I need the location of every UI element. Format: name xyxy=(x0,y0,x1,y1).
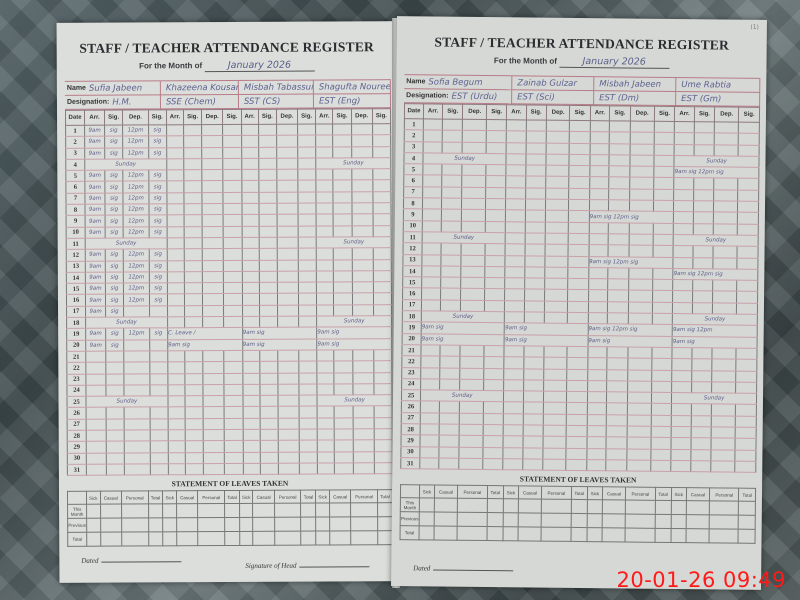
date-header: Date xyxy=(65,110,84,125)
column-header: Dep. xyxy=(630,106,654,121)
column-header: Dep. xyxy=(351,109,372,124)
date-cell: 19 xyxy=(402,322,421,333)
attendance-entry: 9am sig xyxy=(505,323,588,335)
sunday-mark: Sunday xyxy=(673,314,758,326)
attendance-entry: sig xyxy=(148,136,166,147)
staff-name: Khazeena Kousar xyxy=(166,82,239,92)
date-cell: 12 xyxy=(66,250,85,261)
sunday-mark: Sunday xyxy=(421,311,504,323)
staff-designation-cell: EST (Sci) xyxy=(512,90,594,105)
attendance-table: DateArr.Sig.Dep.Sig.Arr.Sig.Dep.Sig.Arr.… xyxy=(65,108,393,476)
leave-statement-title: STATEMENT OF LEAVES TAKEN xyxy=(67,478,393,489)
sunday-mark: Sunday xyxy=(420,390,503,402)
attendance-entry: 12pm xyxy=(124,328,150,339)
attendance-entry: 9am sig xyxy=(242,327,317,339)
date-cell: 21 xyxy=(67,351,86,362)
column-header: Dep. xyxy=(202,110,223,125)
column-header-row: DateArr.Sig.Dep.Sig.Arr.Sig.Dep.Sig.Arr.… xyxy=(65,109,390,126)
column-header: Sig. xyxy=(105,110,123,125)
leave-column-header: Personal xyxy=(198,491,225,504)
attendance-entry: sig xyxy=(149,249,167,260)
attendance-entry: 12pm xyxy=(123,125,149,136)
attendance-entry: 9am sig 12pm sig xyxy=(673,268,758,280)
attendance-entry: 9am sig xyxy=(168,339,243,351)
column-header: Dep. xyxy=(546,105,570,120)
leave-row-label: This Month xyxy=(68,504,87,518)
date-cell: 10 xyxy=(66,227,85,238)
leave-column-header: Total xyxy=(655,488,672,501)
attendance-entry: sig xyxy=(149,193,167,204)
attendance-entry: sig xyxy=(149,328,167,339)
staff-header: NameSufia JabeenKhazeena KousarMisbah Ta… xyxy=(65,79,391,110)
table-row: 31 xyxy=(401,458,756,473)
leave-row-label: Total xyxy=(400,526,419,540)
date-cell: 22 xyxy=(67,362,86,373)
register-page-left: STAFF / TEACHER ATTENDANCE REGISTER For … xyxy=(57,21,400,583)
sunday-mark: Sunday xyxy=(316,237,391,249)
staff-name-cell: Khazeena Kousar xyxy=(161,81,239,95)
leave-column-header: Total xyxy=(739,488,756,501)
sunday-mark: Sunday xyxy=(422,232,505,244)
leave-row-label: Total xyxy=(68,532,87,546)
staff-header: NameSofia BegumZainab GulzarMisbah Jabee… xyxy=(404,74,760,107)
attendance-entry: 9am xyxy=(85,216,105,227)
leave-column-header: Sick xyxy=(419,485,434,498)
column-header: Sig. xyxy=(694,107,715,122)
sunday-mark: Sunday xyxy=(673,234,758,246)
staff-name: Zainab Gulzar xyxy=(517,78,577,89)
column-header: Arr. xyxy=(423,104,442,119)
date-cell: 25 xyxy=(401,390,420,401)
attendance-entry: C. Leave / xyxy=(167,328,242,340)
staff-designation: SST (CS) xyxy=(244,96,281,106)
attendance-entry: 9am xyxy=(85,227,105,238)
date-cell: 26 xyxy=(401,401,420,412)
date-cell: 2 xyxy=(66,137,85,148)
date-cell: 1 xyxy=(404,119,423,130)
staff-name-cell: NameSofia Begum xyxy=(404,75,512,90)
attendance-entry: 9am xyxy=(85,204,105,215)
attendance-entry: 9am sig 12pm sig xyxy=(674,167,759,179)
staff-designation-cell: EST (Dm) xyxy=(594,91,676,106)
date-cell: 27 xyxy=(401,412,420,423)
staff-name: Misbah Tabassum xyxy=(244,82,314,92)
leave-column-header: Personal xyxy=(458,485,487,498)
attendance-entry: 9am xyxy=(85,148,105,159)
staff-designation-cell: Designation:EST (Urdu) xyxy=(404,89,512,104)
column-header: Sig. xyxy=(443,104,463,119)
month-row: For the Month of January 2026 xyxy=(396,54,766,70)
attendance-entry: 9am sig 12pm sig xyxy=(589,211,674,223)
column-header: Sig. xyxy=(184,110,202,125)
column-header: Sig. xyxy=(258,109,276,124)
leave-column-header: Sick xyxy=(86,491,100,504)
sunday-mark: Sunday xyxy=(674,155,759,167)
date-cell: 8 xyxy=(66,204,85,215)
column-header: Sig. xyxy=(372,109,390,124)
date-cell: 5 xyxy=(66,170,85,181)
attendance-entry xyxy=(124,340,150,351)
attendance-entry: sig xyxy=(148,147,166,158)
column-header: Sig. xyxy=(148,110,166,125)
date-cell: 31 xyxy=(401,458,420,469)
attendance-entry: 9am xyxy=(86,340,106,351)
date-cell: 24 xyxy=(67,385,86,396)
sunday-mark: Sunday xyxy=(85,159,167,171)
staff-name-cell: Ume Rabtia xyxy=(676,78,760,93)
sunday-mark: Sunday xyxy=(423,153,506,165)
date-cell: 15 xyxy=(66,283,85,294)
attendance-entry: 12pm xyxy=(123,204,149,215)
designation-label: Designation: xyxy=(67,99,109,106)
dated-field: Dated xyxy=(413,564,513,573)
month-label: For the Month of xyxy=(139,61,202,70)
staff-designation-cell: SSE (Chem) xyxy=(161,95,239,109)
date-cell: 12 xyxy=(403,243,422,254)
date-cell: 18 xyxy=(67,317,86,328)
attendance-entry: sig xyxy=(105,204,123,215)
attendance-entry: 9am sig xyxy=(672,336,757,348)
column-header: Dep. xyxy=(463,104,487,119)
staff-designation: EST (Gm) xyxy=(681,94,721,104)
date-cell: 8 xyxy=(403,198,422,209)
attendance-entry: 12pm xyxy=(123,148,149,159)
attendance-entry: 9am sig xyxy=(242,339,317,351)
date-cell: 23 xyxy=(67,374,86,385)
leave-row-label: Previous xyxy=(400,512,419,526)
column-header: Arr. xyxy=(166,110,183,125)
date-cell: 20 xyxy=(67,340,86,351)
attendance-entry: sig xyxy=(149,294,167,305)
staff-designation-cell: Designation:H.M. xyxy=(65,95,161,110)
date-cell: 17 xyxy=(402,299,421,310)
leave-column-header: Casual xyxy=(253,490,274,503)
staff-name: Misbah Jabeen xyxy=(599,79,661,90)
date-cell: 5 xyxy=(404,164,423,175)
attendance-entry: sig xyxy=(105,272,123,283)
attendance-entry: 12pm xyxy=(123,193,149,204)
attendance-entry: 9am xyxy=(85,182,105,193)
attendance-table: DateArr.Sig.Dep.Sig.Arr.Sig.Dep.Sig.Arr.… xyxy=(400,103,760,473)
attendance-entry: sig xyxy=(105,182,123,193)
column-header: Sig. xyxy=(298,109,316,124)
date-cell: 10 xyxy=(403,220,422,231)
sunday-mark: Sunday xyxy=(85,238,167,250)
date-cell: 3 xyxy=(404,141,423,152)
column-header: Sig. xyxy=(610,106,631,121)
date-cell: 20 xyxy=(402,333,421,344)
column-header: Arr. xyxy=(316,109,333,124)
attendance-entry: sig xyxy=(149,215,167,226)
column-header: Dep. xyxy=(715,107,739,122)
column-header: Arr. xyxy=(507,105,526,120)
attendance-entry: 12pm xyxy=(123,136,149,147)
attendance-entry: 9am xyxy=(85,283,105,294)
leave-column-header: Sick xyxy=(316,490,330,503)
attendance-entry: 12pm xyxy=(124,283,150,294)
attendance-entry: 9am xyxy=(86,328,106,339)
leave-column-header: Sick xyxy=(587,487,602,500)
date-cell: 4 xyxy=(66,159,85,170)
attendance-entry: 12pm xyxy=(124,272,150,283)
leave-column-header: Personal xyxy=(274,490,301,503)
attendance-entry: 9am xyxy=(85,136,105,147)
leave-column-header: Total xyxy=(377,490,392,503)
sunday-mark: Sunday xyxy=(316,158,391,170)
month-row: For the Month of January 2026 xyxy=(57,59,397,73)
column-header: Sig. xyxy=(739,107,760,122)
column-header: Arr. xyxy=(241,109,258,124)
month-value: January 2026 xyxy=(559,56,669,69)
sunday-mark: Sunday xyxy=(672,393,757,405)
table-row: 31 xyxy=(67,463,392,476)
attendance-entry: sig xyxy=(105,283,123,294)
page-title: STAFF / TEACHER ATTENDANCE REGISTER xyxy=(397,34,767,54)
attendance-entry: 12pm xyxy=(123,170,149,181)
attendance-entry xyxy=(124,306,150,317)
sunday-mark: Sunday xyxy=(317,316,392,328)
attendance-entry: 9am xyxy=(85,170,105,181)
register-page-right: (1) STAFF / TEACHER ATTENDANCE REGISTER … xyxy=(391,16,767,590)
attendance-entry: sig xyxy=(105,227,123,238)
leave-column-header: Total xyxy=(571,487,588,500)
staff-name: Sufia Jabeen xyxy=(89,83,142,93)
sunday-mark: Sunday xyxy=(317,395,392,407)
date-cell: 13 xyxy=(66,261,85,272)
leave-column-header: Total xyxy=(224,491,239,504)
attendance-entry: 9am xyxy=(85,295,105,306)
date-cell: 15 xyxy=(403,277,422,288)
date-cell: 4 xyxy=(404,153,423,164)
leave-column-header: Personal xyxy=(626,487,655,500)
staff-designation: SSE (Chem) xyxy=(166,97,216,107)
month-label: For the Month of xyxy=(494,56,557,66)
month-value: January 2026 xyxy=(204,60,314,73)
leave-row-label: Previous xyxy=(68,518,87,532)
attendance-entry: 9am sig xyxy=(421,322,504,334)
attendance-entry: sig xyxy=(149,181,167,192)
leave-column-header: Sick xyxy=(503,486,518,499)
date-cell: 11 xyxy=(403,232,422,243)
leave-column-header: Personal xyxy=(121,491,148,504)
column-header: Arr. xyxy=(84,110,104,125)
attendance-entry: sig xyxy=(105,170,123,181)
staff-name: Shagufta Noureen xyxy=(319,82,391,92)
attendance-entry: sig xyxy=(149,226,167,237)
date-cell: 6 xyxy=(66,182,85,193)
attendance-entry: sig xyxy=(105,215,123,226)
date-cell: 26 xyxy=(67,408,86,419)
attendance-entry: 9am xyxy=(85,193,105,204)
leave-row: Total xyxy=(68,531,393,547)
staff-name-cell: Misbah Jabeen xyxy=(594,77,676,92)
date-cell: 14 xyxy=(66,272,85,283)
column-header: Dep. xyxy=(276,109,297,124)
sunday-mark: Sunday xyxy=(86,317,168,329)
leave-column-header: Personal xyxy=(542,486,571,499)
date-cell: 14 xyxy=(403,266,422,277)
staff-name-cell: Shagufta Noureen xyxy=(314,80,391,94)
attendance-entry xyxy=(149,306,167,317)
column-header: Arr. xyxy=(675,106,695,121)
date-cell: 7 xyxy=(66,193,85,204)
column-header: Sig. xyxy=(223,109,241,124)
attendance-entry: sig xyxy=(105,148,123,159)
date-cell: 11 xyxy=(66,238,85,249)
attendance-entry: sig xyxy=(149,260,167,271)
attendance-entry: 12pm xyxy=(124,294,150,305)
attendance-entry: sig xyxy=(105,193,123,204)
attendance-entry: 9am sig xyxy=(421,333,504,345)
date-cell: 3 xyxy=(66,148,85,159)
column-header: Sig. xyxy=(487,105,507,120)
date-cell: 30 xyxy=(401,446,420,457)
leave-column-header: Casual xyxy=(602,487,626,500)
attendance-entry: 12pm xyxy=(123,215,149,226)
staff-name-cell: Zainab Gulzar xyxy=(512,76,594,91)
attendance-entry: 9am xyxy=(85,249,105,260)
staff-name-cell: NameSufia Jabeen xyxy=(65,81,161,96)
attendance-entry: sig xyxy=(105,249,123,260)
leave-column-header: Casual xyxy=(434,485,458,498)
date-cell: 7 xyxy=(404,186,423,197)
leave-statement-table: SickCasualPersonalTotalSickCasualPersona… xyxy=(67,489,393,547)
column-header: Sig. xyxy=(654,106,675,121)
leave-column-header: Personal xyxy=(710,488,739,501)
date-cell: 17 xyxy=(67,306,86,317)
leave-column-header: Sick xyxy=(239,491,253,504)
attendance-entry: 9am sig xyxy=(588,335,673,347)
date-cell: 29 xyxy=(401,435,420,446)
date-cell: 9 xyxy=(403,209,422,220)
staff-designation: H.M. xyxy=(112,97,131,107)
date-cell: 9 xyxy=(66,216,85,227)
attendance-entry: 9am sig xyxy=(504,334,587,346)
leave-statement-table: SickCasualPersonalTotalSickCasualPersona… xyxy=(400,484,757,544)
camera-timestamp: 20-01-26 09:49 xyxy=(616,568,786,592)
attendance-entry: 12pm xyxy=(123,181,149,192)
leave-column-header: Total xyxy=(148,491,163,504)
attendance-entry: 9am sig xyxy=(317,327,392,339)
column-header: Sig. xyxy=(526,105,546,120)
designation-label: Designation: xyxy=(406,92,448,99)
leave-column-header: Casual xyxy=(686,488,710,501)
attendance-entry: 12pm xyxy=(123,227,149,238)
column-header: Sig. xyxy=(333,109,351,124)
attendance-entry: 12pm xyxy=(123,260,149,271)
date-cell: 27 xyxy=(67,419,86,430)
attendance-entry: 9am sig 12pm xyxy=(672,325,757,337)
attendance-sheet: NameSufia JabeenKhazeena KousarMisbah Ta… xyxy=(65,79,393,547)
date-cell: 2 xyxy=(404,130,423,141)
leave-column-header: Sick xyxy=(671,488,686,501)
attendance-entry: sig xyxy=(105,136,123,147)
attendance-entry: sig xyxy=(148,125,166,136)
leave-column-header: Casual xyxy=(100,491,121,504)
attendance-entry: 9am sig 12pm sig xyxy=(588,324,673,336)
date-header: Date xyxy=(404,104,423,119)
date-cell: 18 xyxy=(402,311,421,322)
attendance-entry xyxy=(149,339,167,350)
attendance-entry: sig xyxy=(106,340,124,351)
attendance-entry: 9am xyxy=(85,261,105,272)
leave-row: Total xyxy=(400,526,755,544)
date-cell: 16 xyxy=(66,295,85,306)
dated-field: Dated xyxy=(81,556,181,565)
date-cell: 24 xyxy=(402,378,421,389)
leave-column-header: Sick xyxy=(163,491,177,504)
staff-designation: EST (Urdu) xyxy=(451,91,497,101)
leave-column-header: Casual xyxy=(176,491,197,504)
leave-column-header: Personal xyxy=(351,490,378,503)
attendance-entry: sig xyxy=(148,170,166,181)
date-cell: 22 xyxy=(402,356,421,367)
leave-column-header: Casual xyxy=(518,486,542,499)
page-title: STAFF / TEACHER ATTENDANCE REGISTER xyxy=(57,39,397,57)
sunday-mark: Sunday xyxy=(86,396,168,408)
leave-row-label: This Month xyxy=(400,498,419,512)
page-number-note: (1) xyxy=(750,24,759,31)
attendance-sheet: NameSofia BegumZainab GulzarMisbah Jabee… xyxy=(400,74,761,544)
leave-column-header: Total xyxy=(301,490,316,503)
attendance-entry: sig xyxy=(149,272,167,283)
staff-name: Sofia Begum xyxy=(428,77,482,88)
leave-column-header: Casual xyxy=(329,490,350,503)
staff-name-cell: Misbah Tabassum xyxy=(239,81,314,95)
column-header: Dep. xyxy=(123,110,149,125)
name-label: Name xyxy=(67,85,86,92)
attendance-entry: sig xyxy=(106,306,124,317)
leave-column-header: Total xyxy=(487,486,504,499)
date-cell: 29 xyxy=(67,442,86,453)
column-header: Arr. xyxy=(590,106,610,121)
attendance-entry: sig xyxy=(105,125,123,136)
staff-designation: EST (Dm) xyxy=(599,93,639,103)
date-cell: 13 xyxy=(403,254,422,265)
date-cell: 19 xyxy=(67,329,86,340)
date-cell: 6 xyxy=(404,175,423,186)
column-header: Sig. xyxy=(570,105,590,120)
attendance-entry: sig xyxy=(105,294,123,305)
date-cell: 31 xyxy=(67,464,86,475)
attendance-entry: 9am xyxy=(85,125,105,136)
attendance-entry: 9am sig 12pm sig xyxy=(589,256,674,268)
attendance-entry: 12pm xyxy=(123,249,149,260)
date-cell: 23 xyxy=(402,367,421,378)
staff-designation: EST (Eng) xyxy=(319,96,361,106)
date-cell: 1 xyxy=(66,125,85,136)
attendance-entry: 9am sig xyxy=(317,338,392,350)
staff-designation: EST (Sci) xyxy=(517,92,555,102)
date-cell: 28 xyxy=(67,430,86,441)
attendance-entry: sig xyxy=(149,204,167,215)
signature-of-head-field: Signature of Head xyxy=(245,561,369,570)
staff-name: Ume Rabtia xyxy=(681,80,731,91)
date-cell: 25 xyxy=(67,396,86,407)
attendance-entry: sig xyxy=(149,283,167,294)
staff-designation-cell: SST (CS) xyxy=(239,95,314,109)
date-cell: 16 xyxy=(403,288,422,299)
date-cell: 30 xyxy=(67,453,86,464)
attendance-entry: 9am xyxy=(86,306,106,317)
staff-designation-cell: EST (Gm) xyxy=(676,92,760,107)
date-cell: 28 xyxy=(401,424,420,435)
attendance-entry: sig xyxy=(105,261,123,272)
date-cell: 21 xyxy=(402,345,421,356)
staff-designation-cell: EST (Eng) xyxy=(314,94,391,108)
attendance-entry: sig xyxy=(106,328,124,339)
attendance-entry: 9am xyxy=(85,272,105,283)
